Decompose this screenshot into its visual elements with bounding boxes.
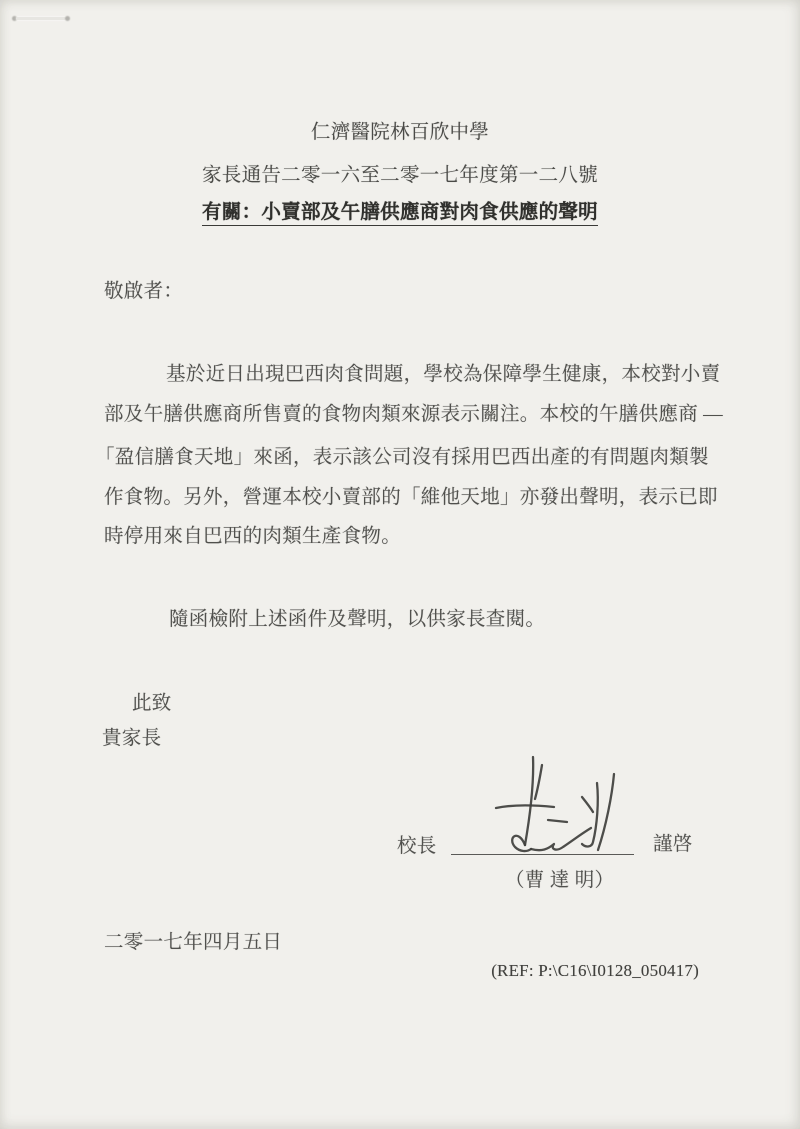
subject-line: 有關：小賣部及午膳供應商對肉食供應的聲明 [202,196,598,226]
staple-hole-icon [65,16,70,21]
enclosure-line: 隨函檢附上述函件及聲明，以供家長查閱。 [169,603,545,631]
body-line: 「盈信膳食天地」來函，表示該公司沒有採用巴西出產的有問題肉類製 [95,441,709,469]
salutation: 敬啟者： [104,275,183,303]
subject-line-wrap: 有關：小賣部及午膳供應商對肉食供應的聲明 [0,196,800,226]
school-name: 仁濟醫院林百欣中學 [0,116,800,144]
closing-recipient: 貴家長 [102,722,161,750]
date-line: 二零一七年四月五日 [104,926,282,954]
signoff-label: 謹啓 [653,828,693,856]
notice-number: 家長通告二零一六至二零一七年度第一二八號 [0,159,800,187]
body-line: 時停用來自巴西的肉類生產食物。 [104,520,401,548]
body-line: 基於近日出現巴西肉食問題，學校為保障學生健康，本校對小賣 [166,358,720,386]
principal-role-label: 校長 [397,830,437,858]
closing-cizhi: 此致 [132,687,172,715]
staple-bar-icon [16,17,66,20]
reference-line: (REF: P:\C16\I0128_050417) [491,961,699,981]
body-line: 作食物。另外，營運本校小賣部的「維他天地」亦發出聲明，表示已即 [104,481,718,509]
body-line: 部及午膳供應商所售賣的食物肉類來源表示關注。本校的午膳供應商 — [104,398,723,426]
scanned-notice-page: 仁濟醫院林百欣中學 家長通告二零一六至二零一七年度第一二八號 有關：小賣部及午膳… [0,0,800,1129]
staple-mark [12,14,70,24]
principal-name: （曹 達 明） [505,864,614,892]
signature-underline [451,852,634,855]
principal-signature [430,750,680,858]
